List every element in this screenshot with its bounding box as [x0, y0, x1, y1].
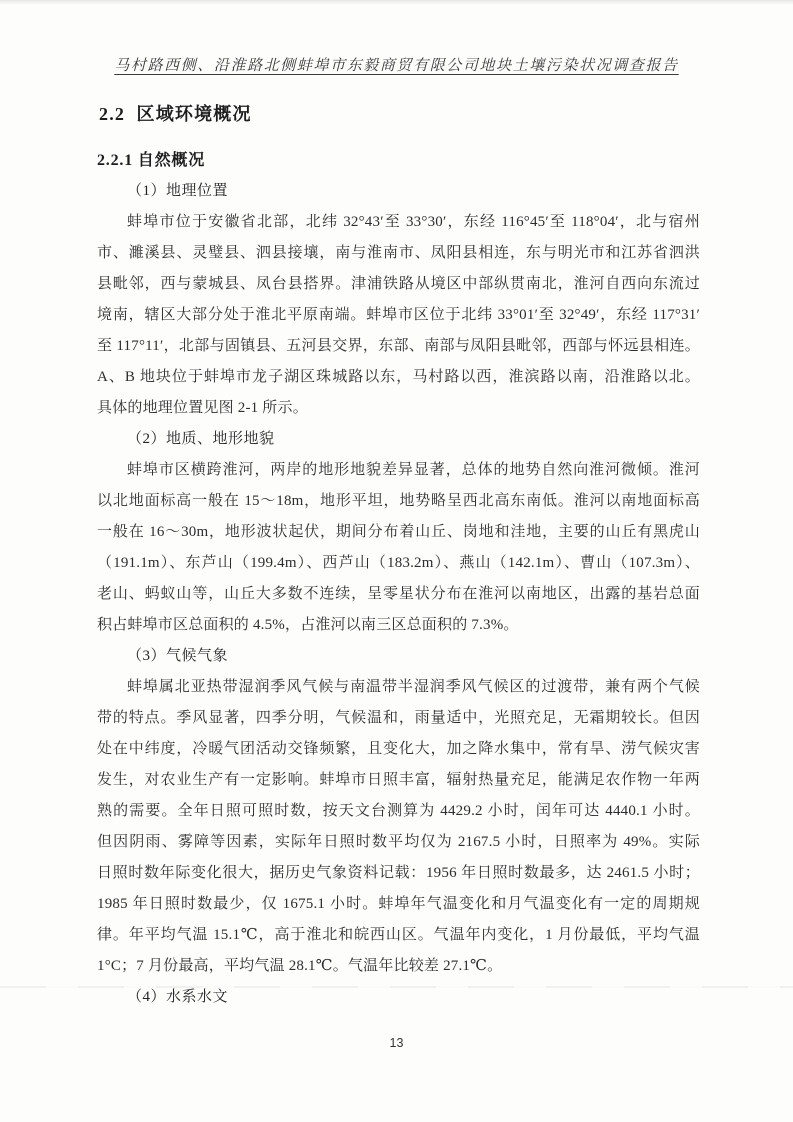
text-line: 处在中纬度，冷暖气团活动交锋频繁，且变化大，加之降水集中，常有旱、涝气候灾害: [97, 734, 700, 765]
text-line: 日照时数年际变化很大，据历史气象资料记载：1956 年日照时数最多，达 2461…: [97, 858, 700, 889]
paragraph-geography: 蚌埠市位于安徽省北部，北纬 32°43′至 33°30′，东经 116°45′至…: [97, 207, 700, 424]
text-line: 带的特点。季风显著，四季分明，气候温和，雨量适中，光照充足，无霜期较长。但因: [97, 703, 700, 734]
text-line: 1°C；7 月份最高，平均气温 28.1℃。气温年比较差 27.1℃。: [97, 951, 700, 982]
text-line: 但因阴雨、雾障等因素，实际年日照时数平均仅为 2167.5 小时，日照率为 49…: [97, 827, 700, 858]
text-line: 市、濉溪县、灵璧县、泗县接壤，南与淮南市、凤阳县相连，东与明光市和江苏省泗洪: [97, 238, 700, 269]
paragraph-climate: 蚌埠属北亚热带湿润季风气候与南温带半湿润季风气候区的过渡带，兼有两个气候带的特点…: [97, 672, 700, 982]
text-line: A、B 地块位于蚌埠市龙子湖区珠城路以东，马村路以西，淮滨路以南，沿淮路以北。: [97, 362, 700, 393]
text-line: 蚌埠属北亚热带湿润季风气候与南温带半湿润季风气候区的过渡带，兼有两个气候: [97, 672, 700, 703]
subheading-climate: （3）气候气象: [97, 641, 700, 672]
text-line: 以北地面标高一般在 15～18m，地形平坦，地势略呈西北高东南低。淮河以南地面标…: [97, 486, 700, 517]
text-line: 熟的需要。全年日照可照时数，按天文台测算为 4429.2 小时，闰年可达 444…: [97, 796, 700, 827]
scan-streak-artifact: [0, 986, 793, 988]
text-line: 至 117°11′，北部与固镇县、五河县交界，东部、南部与凤阳县毗邻，西部与怀远…: [97, 331, 700, 362]
subheading-geology: （2）地质、地形地貌: [97, 424, 700, 455]
text-line: 具体的地理位置见图 2-1 所示。: [97, 393, 700, 424]
section-heading: 2.2 区域环境概况: [99, 100, 252, 126]
subsection-heading: 2.2.1 自然概况: [97, 147, 205, 170]
text-line: 蚌埠市区横跨淮河，两岸的地形地貌差异显著，总体的地势自然向淮河微倾。淮河: [97, 455, 700, 486]
running-header: 马村路西侧、沿淮路北侧蚌埠市东毅商贸有限公司地块土壤污染状况调查报告: [0, 54, 793, 75]
text-line: 律。年平均气温 15.1℃，高于淮北和皖西山区。气温年内变化，1 月份最低，平均…: [97, 920, 700, 951]
text-line: 发生，对农业生产有一定影响。蚌埠市日照丰富，辐射热量充足，能满足农作物一年两: [97, 765, 700, 796]
text-line: 蚌埠市位于安徽省北部，北纬 32°43′至 33°30′，东经 116°45′至…: [97, 207, 700, 238]
text-line: 1985 年日照时数最少，仅 1675.1 小时。蚌埠年气温变化和月气温变化有一…: [97, 889, 700, 920]
running-header-title: 马村路西侧、沿淮路北侧蚌埠市东毅商贸有限公司地块土壤污染状况调查报告: [114, 58, 678, 74]
scan-edge-artifact: [0, 0, 793, 5]
body-text-block: （1）地理位置 蚌埠市位于安徽省北部，北纬 32°43′至 33°30′，东经 …: [97, 176, 700, 1013]
subheading-geography: （1）地理位置: [97, 176, 700, 207]
page-number: 13: [0, 1036, 793, 1050]
text-line: 积占蚌埠市区总面积的 4.5%，占淮河以南三区总面积的 7.3%。: [97, 610, 700, 641]
text-line: 老山、蚂蚁山等，山丘大多数不连续，呈零星状分布在淮河以南地区，出露的基岩总面: [97, 579, 700, 610]
paragraph-geology: 蚌埠市区横跨淮河，两岸的地形地貌差异显著，总体的地势自然向淮河微倾。淮河以北地面…: [97, 455, 700, 641]
text-line: 境南，辖区大部分处于淮北平原南端。蚌埠市区位于北纬 33°01′至 32°49′…: [97, 300, 700, 331]
text-line: 一般在 16～30m，地形波状起伏，期间分布着山丘、岗地和洼地，主要的山丘有黑虎…: [97, 517, 700, 548]
text-line: 县毗邻，西与蒙城县、凤台县搭界。津浦铁路从境区中部纵贯南北，淮河自西向东流过: [97, 269, 700, 300]
text-line: （191.1m）、东芦山（199.4m）、西芦山（183.2m）、燕山（142.…: [97, 548, 700, 579]
scanned-document-page: 马村路西侧、沿淮路北侧蚌埠市东毅商贸有限公司地块土壤污染状况调查报告 2.2 区…: [0, 0, 793, 1122]
